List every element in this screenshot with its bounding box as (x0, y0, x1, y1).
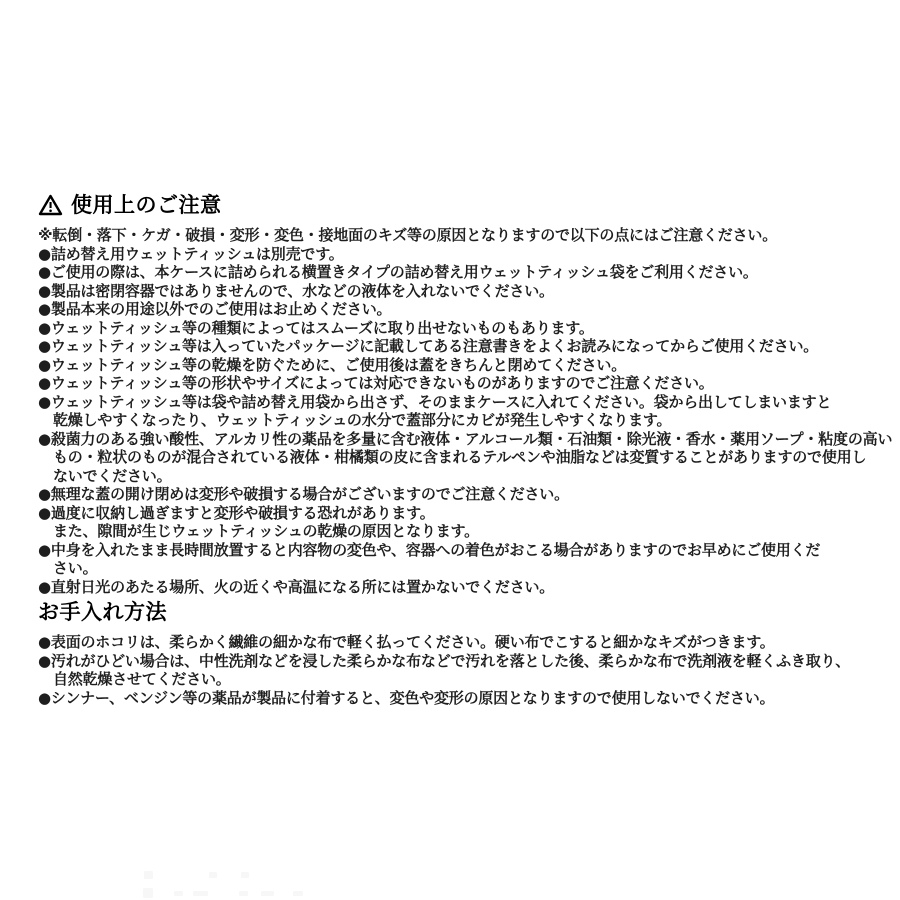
section-title: 使用上のご注意 (71, 192, 222, 218)
section-title: お手入れ方法 (38, 599, 167, 625)
section-heading: お手入れ方法 (38, 599, 872, 625)
notice-line: ●製品は密閉容器ではありませんので、水などの液体を入れないでください。 (38, 282, 872, 301)
notice-line-continuation: 乾燥しやすくなったり、ウェットティッシュの水分で蓋部分にカビが発生しやすくなりま… (38, 411, 872, 430)
notice-line: ●過度に収納し過ぎますと変形や破損する恐れがあります。 (38, 504, 872, 523)
notice-item: ●ウェットティッシュ等の乾燥を防ぐために、ご使用後は蓋をきちんと閉めてください。 (38, 356, 872, 375)
bullet-marker: ● (38, 319, 51, 337)
notice-item: ●ウェットティッシュ等の形状やサイズによっては対応できないものがありますのでご注… (38, 374, 872, 393)
notice-line-continuation: 自然乾燥させてください。 (38, 670, 872, 689)
notice-line: ●汚れがひどい場合は、中性洗剤などを浸した柔らかな布などで汚れを落とした後、柔ら… (38, 652, 872, 671)
notice-item: ●殺菌力のある強い酸性、アルカリ性の薬品を多量に含む液体・アルコール類・石油類・… (38, 430, 872, 486)
bullet-marker: ● (38, 393, 51, 411)
warning-triangle-icon (38, 194, 63, 216)
notice-line: ●中身を入れたまま長時間放置すると内容物の変色や、容器への着色がおこる場合があり… (38, 541, 872, 560)
notice-section-0: 使用上のご注意 ※転倒・落下・ケガ・破損・変形・変色・接地面のキズ等の原因となり… (38, 192, 872, 596)
section-items: ●表面のホコリは、柔らかく繊維の細かな布で軽く払ってください。硬い布でこすると細… (38, 633, 872, 707)
notice-line-continuation: また、隙間が生じウェットティッシュの乾燥の原因となります。 (38, 522, 872, 541)
notice-line: ●製品本来の用途以外でのご使用はお止めください。 (38, 300, 872, 319)
notice-item: ●製品は密閉容器ではありませんので、水などの液体を入れないでください。 (38, 282, 872, 301)
notice-section-1: お手入れ方法 ●表面のホコリは、柔らかく繊維の細かな布で軽く払ってください。硬い… (38, 599, 872, 707)
notice-item: ●無理な蓋の開け閉めは変形や破損する場合がございますのでご注意ください。 (38, 485, 872, 504)
notice-line: ●詰め替え用ウェットティッシュは別売です。 (38, 245, 872, 264)
bullet-marker: ● (38, 263, 51, 281)
notice-line: ●ウェットティッシュ等の種類によってはスムーズに取り出せないものもあります。 (38, 319, 872, 338)
section-items: ※転倒・落下・ケガ・破損・変形・変色・接地面のキズ等の原因となりますので以下の点… (38, 226, 872, 596)
notice-line: ●ご使用の際は、本ケースに詰められる横置きタイプの詰め替え用ウェットティッシュ袋… (38, 263, 872, 282)
bullet-marker: ● (38, 504, 51, 522)
care-instructions-sheet: 使用上のご注意 ※転倒・落下・ケガ・破損・変形・変色・接地面のキズ等の原因となり… (0, 0, 900, 900)
notice-item: ●ウェットティッシュ等の種類によってはスムーズに取り出せないものもあります。 (38, 319, 872, 338)
notice-item: ●ウェットティッシュ等は袋や詰め替え用袋から出さず、そのままケースに入れてくださ… (38, 393, 872, 430)
bullet-marker: ● (38, 337, 51, 355)
bullet-marker: ● (38, 374, 51, 392)
bullet-marker: ● (38, 578, 51, 596)
notice-line: ●シンナー、ベンジン等の薬品が製品に付着すると、変色や変形の原因となりますので使… (38, 689, 872, 708)
notice-item: ●直射日光のあたる場所、火の近くや高温になる所には置かないでください。 (38, 578, 872, 597)
notice-line: ●無理な蓋の開け閉めは変形や破損する場合がございますのでご注意ください。 (38, 485, 872, 504)
notice-line-continuation: さい。 (38, 559, 872, 578)
notice-item: ●シンナー、ベンジン等の薬品が製品に付着すると、変色や変形の原因となりますので使… (38, 689, 872, 708)
notice-line: ●ウェットティッシュ等は袋や詰め替え用袋から出さず、そのままケースに入れてくださ… (38, 393, 872, 412)
bullet-marker: ● (38, 282, 51, 300)
bullet-marker: ● (38, 485, 51, 503)
notice-line-continuation: ないでください。 (38, 467, 872, 486)
document-content: 使用上のご注意 ※転倒・落下・ケガ・破損・変形・変色・接地面のキズ等の原因となり… (38, 192, 872, 707)
notice-item: ●詰め替え用ウェットティッシュは別売です。 (38, 245, 872, 264)
bullet-marker: ※ (38, 226, 52, 244)
section-heading: 使用上のご注意 (38, 192, 872, 218)
bullet-marker: ● (38, 245, 51, 263)
notice-item: ●ウェットティッシュ等は入っていたパッケージに記載してある注意書きをよくお読みに… (38, 337, 872, 356)
notice-item: ●製品本来の用途以外でのご使用はお止めください。 (38, 300, 872, 319)
notice-line: ●ウェットティッシュ等の形状やサイズによっては対応できないものがありますのでご注… (38, 374, 872, 393)
notice-item: ●表面のホコリは、柔らかく繊維の細かな布で軽く払ってください。硬い布でこすると細… (38, 633, 872, 652)
notice-line: ●ウェットティッシュ等は入っていたパッケージに記載してある注意書きをよくお読みに… (38, 337, 872, 356)
notice-line: ※転倒・落下・ケガ・破損・変形・変色・接地面のキズ等の原因となりますので以下の点… (38, 226, 872, 245)
notice-item: ●中身を入れたまま長時間放置すると内容物の変色や、容器への着色がおこる場合があり… (38, 541, 872, 578)
notice-item: ●過度に収納し過ぎますと変形や破損する恐れがあります。また、隙間が生じウェットテ… (38, 504, 872, 541)
bullet-marker: ● (38, 300, 51, 318)
notice-line: ●直射日光のあたる場所、火の近くや高温になる所には置かないでください。 (38, 578, 872, 597)
notice-line-continuation: もの・粒状のものが混合されている液体・柑橘類の皮に含まれるテルペンや油脂などは変… (38, 448, 872, 467)
bullet-marker: ● (38, 356, 51, 374)
notice-item: ●汚れがひどい場合は、中性洗剤などを浸した柔らかな布などで汚れを落とした後、柔ら… (38, 652, 872, 689)
notice-item: ●ご使用の際は、本ケースに詰められる横置きタイプの詰め替え用ウェットティッシュ袋… (38, 263, 872, 282)
notice-line: ●ウェットティッシュ等の乾燥を防ぐために、ご使用後は蓋をきちんと閉めてください。 (38, 356, 872, 375)
bullet-marker: ● (38, 689, 51, 707)
notice-line: ●表面のホコリは、柔らかく繊維の細かな布で軽く払ってください。硬い布でこすると細… (38, 633, 872, 652)
bullet-marker: ● (38, 633, 51, 651)
bullet-marker: ● (38, 430, 51, 448)
notice-line: ●殺菌力のある強い酸性、アルカリ性の薬品を多量に含む液体・アルコール類・石油類・… (38, 430, 872, 449)
notice-item: ※転倒・落下・ケガ・破損・変形・変色・接地面のキズ等の原因となりますので以下の点… (38, 226, 872, 245)
bullet-marker: ● (38, 652, 51, 670)
bullet-marker: ● (38, 541, 51, 559)
